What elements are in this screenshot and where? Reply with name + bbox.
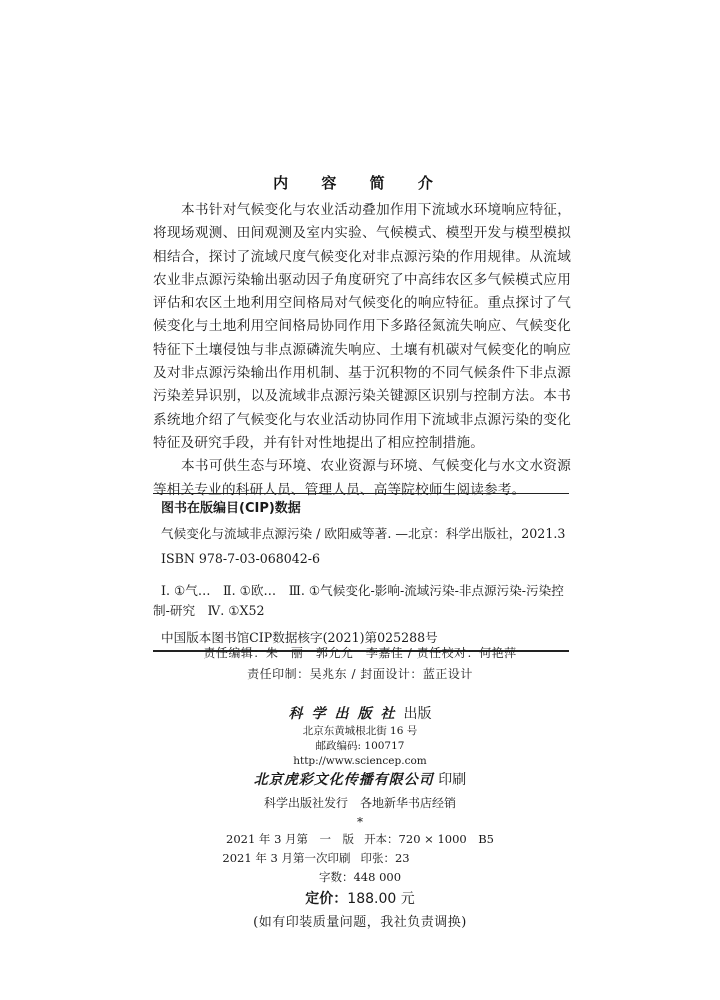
publisher-address: 北京东黄城根北街 16 号 [0,724,720,739]
publisher-suffix: 出版 [404,706,432,722]
price-line: 定价：188.00 元 [0,887,720,911]
cip-top-rule [153,493,569,494]
printing-spec-line: 2021 年 3 月第一次印刷印张：23 [0,849,632,868]
summary-title: 内 容 简 介 [0,172,720,193]
printing-info: 2021 年 3 月第一次印刷 [222,851,350,865]
sheets-info: 印张：23 [360,851,409,865]
cip-heading: 图书在版编目(CIP)数据 [153,499,569,519]
imprint: 科学出版社出版 北京东黄城根北街 16 号 邮政编码: 100717 http:… [0,704,720,935]
distribution-line: 科学出版社发行 各地新华书店经销 [0,793,720,814]
word-count: 字数：448 000 [0,868,720,887]
quality-notice: (如有印装质量问题，我社负责调换) [0,911,720,935]
printer-suffix: 印刷 [438,772,466,788]
price-value: 188.00 元 [347,891,414,907]
format-info: 开本：720 × 1000 B5 [364,832,494,846]
publisher-name: 科学出版社 [289,706,404,722]
copyright-page: 内 容 简 介 本书针对气候变化与农业活动叠加作用下流域水环境响应特征，将现场观… [0,0,720,1000]
summary-body: 本书针对气候变化与农业活动叠加作用下流域水环境响应特征，将现场观测、田间观测及室… [153,199,571,502]
cip-classification: Ⅰ. ①气… Ⅱ. ①欧… Ⅲ. ①气候变化-影响-流域污染-非点源污染-污染控… [153,581,569,621]
credits-editors: 责任编辑：朱 丽 郭允允 李嘉佳 / 责任校对：何艳萍 [0,643,720,664]
publisher-postcode: 邮政编码: 100717 [0,739,720,754]
cip-citation: 气候变化与流域非点源污染 / 欧阳威等著. —北京：科学出版社，2021.3 [153,524,569,544]
edition-info: 2021 年 3 月第 一 版 [226,832,354,846]
publisher-line: 科学出版社出版 [0,704,720,724]
cip-data-block: 图书在版编目(CIP)数据 气候变化与流域非点源污染 / 欧阳威等著. —北京：… [153,493,569,652]
summary-paragraph: 本书针对气候变化与农业活动叠加作用下流域水环境响应特征，将现场观测、田间观测及室… [153,199,571,455]
printer-name: 北京虎彩文化传播有限公司 [254,772,434,788]
cip-isbn: ISBN 978-7-03-068042-6 [153,549,569,569]
credits: 责任编辑：朱 丽 郭允允 李嘉佳 / 责任校对：何艳萍 责任印制：吴兆东 / 封… [0,643,720,685]
edition-spec-line: 2021 年 3 月第 一 版开本：720 × 1000 B5 [0,830,720,849]
publisher-website: http://www.sciencep.com [0,754,720,769]
credits-production: 责任印制：吴兆东 / 封面设计：蓝正设计 [0,664,720,685]
printer-line: 北京虎彩文化传播有限公司 印刷 [0,770,720,791]
price-label: 定价： [305,891,347,907]
separator-star: * [0,814,720,830]
